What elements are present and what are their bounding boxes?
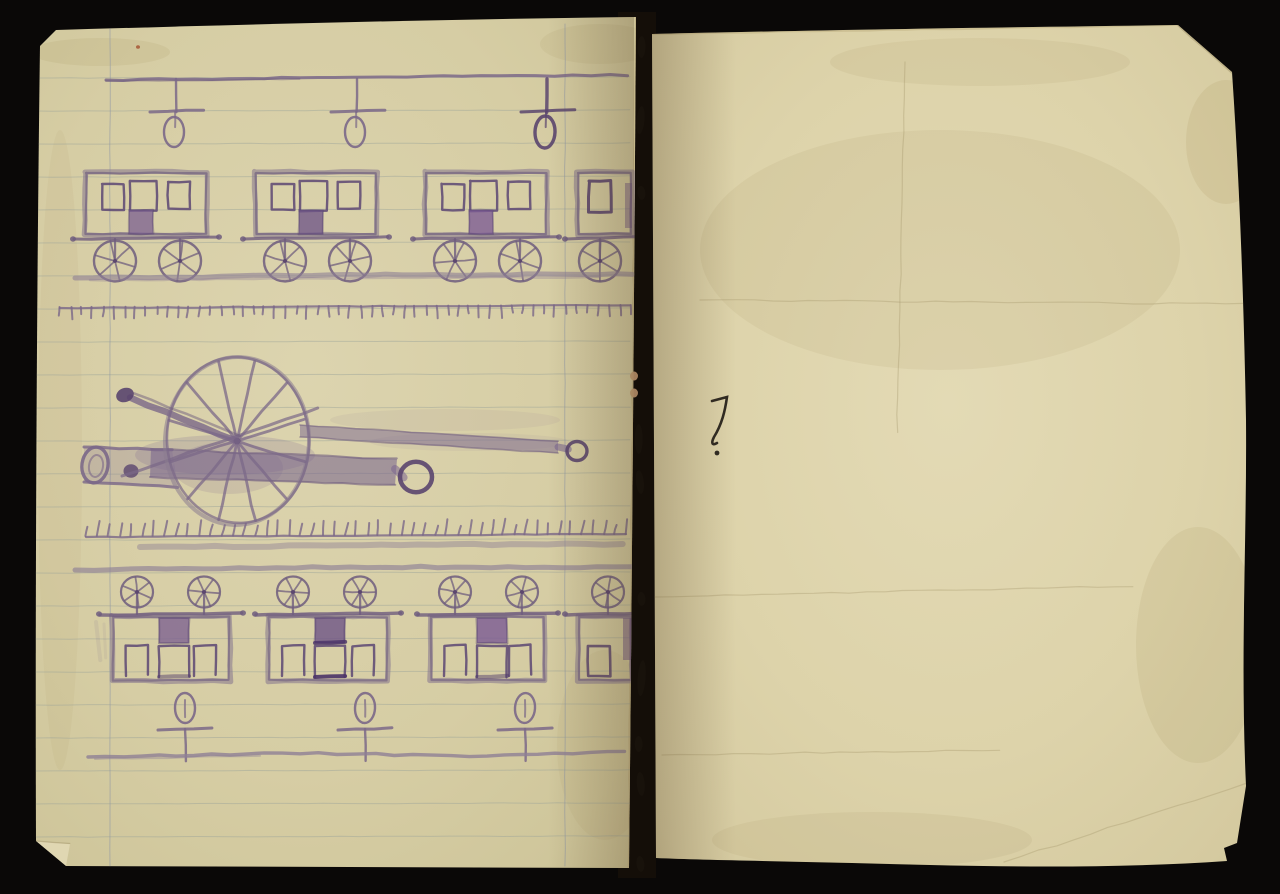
tick-mark xyxy=(103,307,104,317)
tick-mark xyxy=(134,307,135,319)
tick-mark xyxy=(361,306,362,318)
pole-stem xyxy=(365,729,366,761)
tick-mark xyxy=(448,306,449,315)
wheel-spoke xyxy=(278,591,293,592)
tick-mark xyxy=(233,306,234,314)
chassis xyxy=(414,237,558,239)
tick-mark xyxy=(59,307,60,316)
tick-mark xyxy=(512,305,513,312)
tick-mark xyxy=(414,306,415,317)
tick-mark xyxy=(377,520,378,535)
stain xyxy=(38,130,82,770)
carriage-door xyxy=(299,210,323,234)
tick-mark xyxy=(130,524,131,536)
wheel-hub xyxy=(283,259,287,263)
wheel-hub xyxy=(453,590,457,594)
chassis xyxy=(418,613,557,615)
red-speck xyxy=(136,45,140,49)
wheel-hub xyxy=(135,590,139,594)
wheel-hub xyxy=(202,590,206,594)
wheel-hub xyxy=(520,590,524,594)
hanger-crossbar xyxy=(150,110,204,112)
tick-mark xyxy=(153,521,154,536)
tick-mark xyxy=(372,306,373,317)
tick-mark xyxy=(334,522,335,536)
tick-mark xyxy=(328,306,329,317)
tick-mark xyxy=(501,306,502,319)
coupler-dot xyxy=(252,611,258,616)
tick-mark xyxy=(404,306,405,318)
tick-mark xyxy=(468,306,469,314)
tick-mark xyxy=(306,306,307,319)
tick-mark xyxy=(297,306,298,314)
stain xyxy=(30,38,170,66)
coupler-dot xyxy=(398,610,404,615)
coupler-dot xyxy=(414,611,420,616)
tick-mark xyxy=(72,307,73,319)
right-page-spine-shadow xyxy=(650,22,736,862)
tick-mark xyxy=(167,307,168,317)
faint-scribble xyxy=(104,624,106,658)
tick-mark xyxy=(393,306,394,315)
tick-mark xyxy=(368,523,369,535)
carriage-door xyxy=(159,618,189,643)
photograph-of-notebook xyxy=(0,0,1280,894)
stain xyxy=(330,409,560,431)
tick-mark xyxy=(355,521,356,535)
wheel-spoke xyxy=(293,592,308,593)
tick-mark xyxy=(254,306,255,314)
stain xyxy=(712,812,1032,868)
tick-mark xyxy=(390,524,391,535)
coupler-dot xyxy=(386,234,392,239)
tick-mark xyxy=(318,306,319,314)
wheel-hub xyxy=(291,590,295,594)
tick-mark xyxy=(537,520,538,534)
wheel-hub xyxy=(358,590,362,594)
wheel-hub xyxy=(348,259,352,263)
tick-mark xyxy=(348,306,349,318)
stain xyxy=(830,38,1130,86)
hanger-stem xyxy=(357,79,358,112)
tick-mark xyxy=(187,524,188,536)
wheel-hub xyxy=(178,259,182,263)
chassis xyxy=(244,237,388,239)
coupler-dot xyxy=(240,236,246,241)
tick-mark xyxy=(221,306,222,315)
tick-mark xyxy=(548,523,549,534)
wheel-hub xyxy=(518,259,522,263)
coupler-dot xyxy=(96,611,102,616)
window-dark-bar xyxy=(477,676,507,677)
left-page-spine-shadow xyxy=(548,14,634,870)
tick-mark xyxy=(290,520,291,535)
window-dark-bar xyxy=(159,676,189,677)
window-dark-bar xyxy=(315,676,345,677)
carriage-door xyxy=(469,210,493,234)
tick-mark xyxy=(437,306,438,319)
carriage-door xyxy=(129,210,153,234)
wheel-spoke xyxy=(204,592,219,593)
hanger-crossbar xyxy=(331,110,385,112)
door-dark-bar xyxy=(315,642,345,643)
tick-mark xyxy=(263,306,264,314)
wheel-hub xyxy=(113,259,117,263)
tick-mark xyxy=(277,520,278,535)
wheel-hub xyxy=(453,259,457,263)
tick-mark xyxy=(323,521,324,535)
notebook xyxy=(30,12,1266,878)
stain xyxy=(700,130,1180,370)
tick-mark xyxy=(489,306,490,319)
coupler-dot xyxy=(70,236,76,241)
chassis xyxy=(256,613,400,615)
coupler-dot xyxy=(216,234,222,239)
stain xyxy=(1136,527,1260,763)
carriage-door xyxy=(477,618,507,643)
coupler-dot xyxy=(410,236,416,241)
wheel-spoke xyxy=(345,592,360,593)
coupler-dot xyxy=(240,610,246,615)
carriage-door xyxy=(315,618,345,643)
